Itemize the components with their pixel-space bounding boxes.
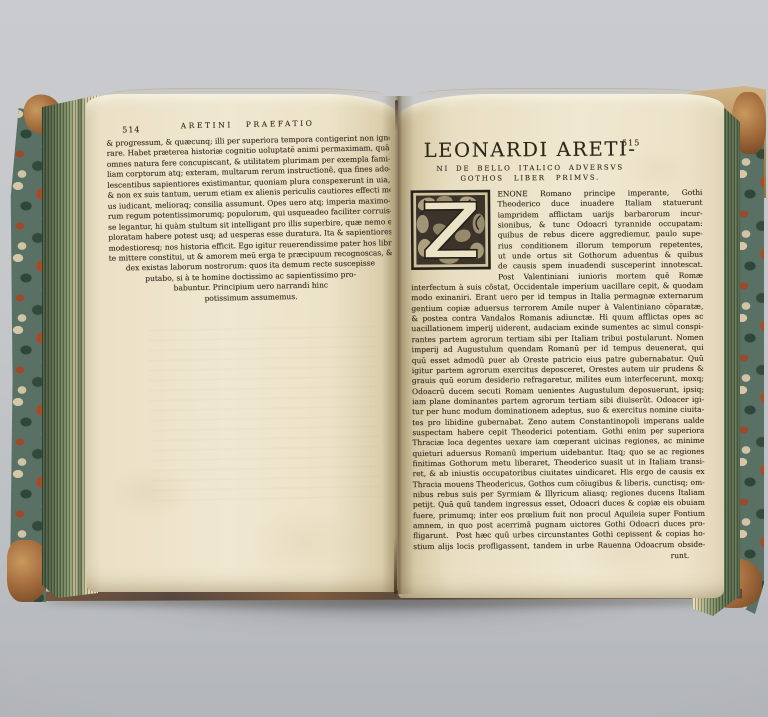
opening-paragraph: ENONE Romano principe imperante, GothiTh…	[410, 188, 703, 283]
folio-number-left: 514	[122, 125, 140, 134]
title-line-3: GOTHOS LIBER PRIMVS.	[410, 173, 650, 183]
preface-body-text: & progressum, & quæcunq; illi per superi…	[106, 133, 391, 264]
folio-number-right: 515	[622, 138, 640, 147]
left-page-text: 514 ARETINI PRAEFATIO & progressum, & qu…	[106, 117, 393, 306]
left-marbled-board	[10, 108, 46, 602]
gutter-crease-bottom	[394, 536, 397, 594]
verso-show-through	[148, 326, 379, 505]
gutter-crease-top	[395, 100, 398, 132]
chapter-title-block: LEONARDI ARETI- NI DE BELLO ITALICO ADVE…	[410, 137, 650, 183]
woodcut-initial-z-graphic	[410, 190, 491, 271]
opening-lines: ENONE Romano principe imperante, GothiTh…	[497, 188, 703, 283]
title-line-2: NI DE BELLO ITALICO ADVERSVS	[410, 163, 650, 173]
woodcut-initial-z	[410, 190, 491, 271]
right-page-text: 515 LEONARDI ARETI- NI DE BELLO ITALICO …	[410, 137, 705, 562]
title-line-1: LEONARDI ARETI-	[410, 137, 650, 162]
book-photograph: 514 ARETINI PRAEFATIO & progressum, & qu…	[0, 0, 768, 717]
preface-tapered-ending: dex existas laborum nostrorum: quos ita …	[109, 259, 393, 306]
chapter-body-text: interfectum à suis cōstat, Occidentale i…	[411, 281, 705, 552]
